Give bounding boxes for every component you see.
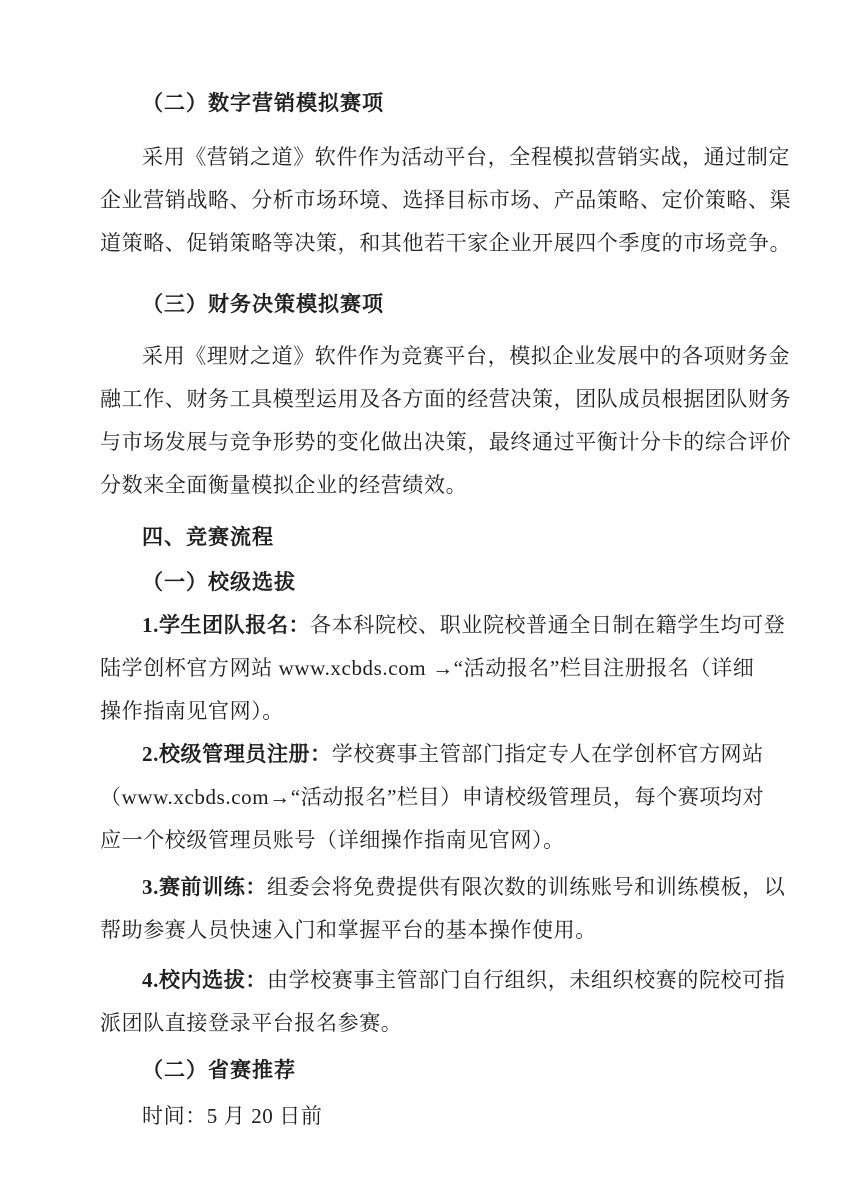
heading-text: （一）校级选拔 bbox=[100, 561, 791, 604]
text-line: 应一个校级管理员账号（详细操作指南见官网）。 bbox=[100, 819, 791, 862]
paragraph-internal-selection: 4.校内选拔：由学校赛事主管部门自行组织，未组织校赛的院校可指 派团队直接登录平… bbox=[100, 959, 791, 1045]
paragraph-lead-label: 3.赛前训练： bbox=[142, 875, 267, 899]
text-line: 融工作、财务工具模型运用及各方面的经营决策，团队成员根据团队财务 bbox=[100, 378, 791, 421]
paragraph-lead-label: 2.校级管理员注册： bbox=[142, 742, 332, 766]
heading-text: （二）省赛推荐 bbox=[100, 1049, 791, 1092]
paragraph-financial-decision-description: 采用《理财之道》软件作为竞赛平台，模拟企业发展中的各项财务金 融工作、财务工具模… bbox=[100, 335, 791, 507]
heading-provincial-recommendation: （二）省赛推荐 bbox=[100, 1049, 791, 1092]
heading-competition-process: 四、竞赛流程 bbox=[100, 516, 791, 559]
heading-text: 四、竞赛流程 bbox=[100, 516, 791, 559]
paragraph-lead-rest: 各本科院校、职业院校普通全日制在籍学生均可登 bbox=[310, 613, 785, 637]
paragraph-lead-label: 4.校内选拔： bbox=[142, 968, 267, 992]
text-line: 派团队直接登录平台报名参赛。 bbox=[100, 1002, 791, 1045]
text-line: 道策略、促销策略等决策，和其他若干家企业开展四个季度的市场竞争。 bbox=[100, 222, 791, 265]
paragraph-lead-rest: 学校赛事主管部门指定专人在学创杯官方网站 bbox=[332, 742, 764, 766]
heading-digital-marketing-event: （二）数字营销模拟赛项 bbox=[100, 82, 791, 125]
paragraph-lead-rest: 组委会将免费提供有限次数的训练账号和训练模板，以 bbox=[267, 875, 785, 899]
text-line: 采用《营销之道》软件作为活动平台，全程模拟营销实战，通过制定 bbox=[100, 136, 791, 179]
heading-school-level-selection: （一）校级选拔 bbox=[100, 561, 791, 604]
paragraph-provincial-time: 时间：5 月 20 日前 bbox=[100, 1095, 791, 1138]
heading-financial-decision-event: （三）财务决策模拟赛项 bbox=[100, 283, 791, 326]
text-line: 与市场发展与竞争形势的变化做出决策，最终通过平衡计分卡的综合评价 bbox=[100, 421, 791, 464]
text-line: 企业营销战略、分析市场环境、选择目标市场、产品策略、定价策略、渠 bbox=[100, 179, 791, 222]
text-line: 采用《理财之道》软件作为竞赛平台，模拟企业发展中的各项财务金 bbox=[100, 335, 791, 378]
text-line: 1.学生团队报名：各本科院校、职业院校普通全日制在籍学生均可登 bbox=[100, 604, 791, 647]
text-line: 4.校内选拔：由学校赛事主管部门自行组织，未组织校赛的院校可指 bbox=[100, 959, 791, 1002]
heading-text: （三）财务决策模拟赛项 bbox=[100, 283, 791, 326]
paragraph-pre-competition-training: 3.赛前训练：组委会将免费提供有限次数的训练账号和训练模板，以 帮助参赛人员快速… bbox=[100, 866, 791, 952]
paragraph-student-team-registration: 1.学生团队报名：各本科院校、职业院校普通全日制在籍学生均可登 陆学创杯官方网站… bbox=[100, 604, 791, 733]
heading-text: （二）数字营销模拟赛项 bbox=[100, 82, 791, 125]
text-line: 帮助参赛人员快速入门和掌握平台的基本操作使用。 bbox=[100, 909, 791, 952]
text-line: 操作指南见官网）。 bbox=[100, 690, 791, 733]
text-line: 分数来全面衡量模拟企业的经营绩效。 bbox=[100, 464, 791, 507]
text-line: （www.xcbds.com→“活动报名”栏目）申请校级管理员，每个赛项均对 bbox=[100, 776, 791, 819]
text-line: 3.赛前训练：组委会将免费提供有限次数的训练账号和训练模板，以 bbox=[100, 866, 791, 909]
text-line: 时间：5 月 20 日前 bbox=[100, 1095, 791, 1138]
text-line: 2.校级管理员注册：学校赛事主管部门指定专人在学创杯官方网站 bbox=[100, 733, 791, 776]
text-line: 陆学创杯官方网站 www.xcbds.com →“活动报名”栏目注册报名（详细 bbox=[100, 647, 791, 690]
paragraph-lead-rest: 由学校赛事主管部门自行组织，未组织校赛的院校可指 bbox=[267, 968, 785, 992]
paragraph-digital-marketing-description: 采用《营销之道》软件作为活动平台，全程模拟营销实战，通过制定 企业营销战略、分析… bbox=[100, 136, 791, 265]
document-page: （二）数字营销模拟赛项 采用《营销之道》软件作为活动平台，全程模拟营销实战，通过… bbox=[0, 0, 849, 1200]
paragraph-lead-label: 1.学生团队报名： bbox=[142, 613, 310, 637]
paragraph-school-admin-registration: 2.校级管理员注册：学校赛事主管部门指定专人在学创杯官方网站 （www.xcbd… bbox=[100, 733, 791, 862]
